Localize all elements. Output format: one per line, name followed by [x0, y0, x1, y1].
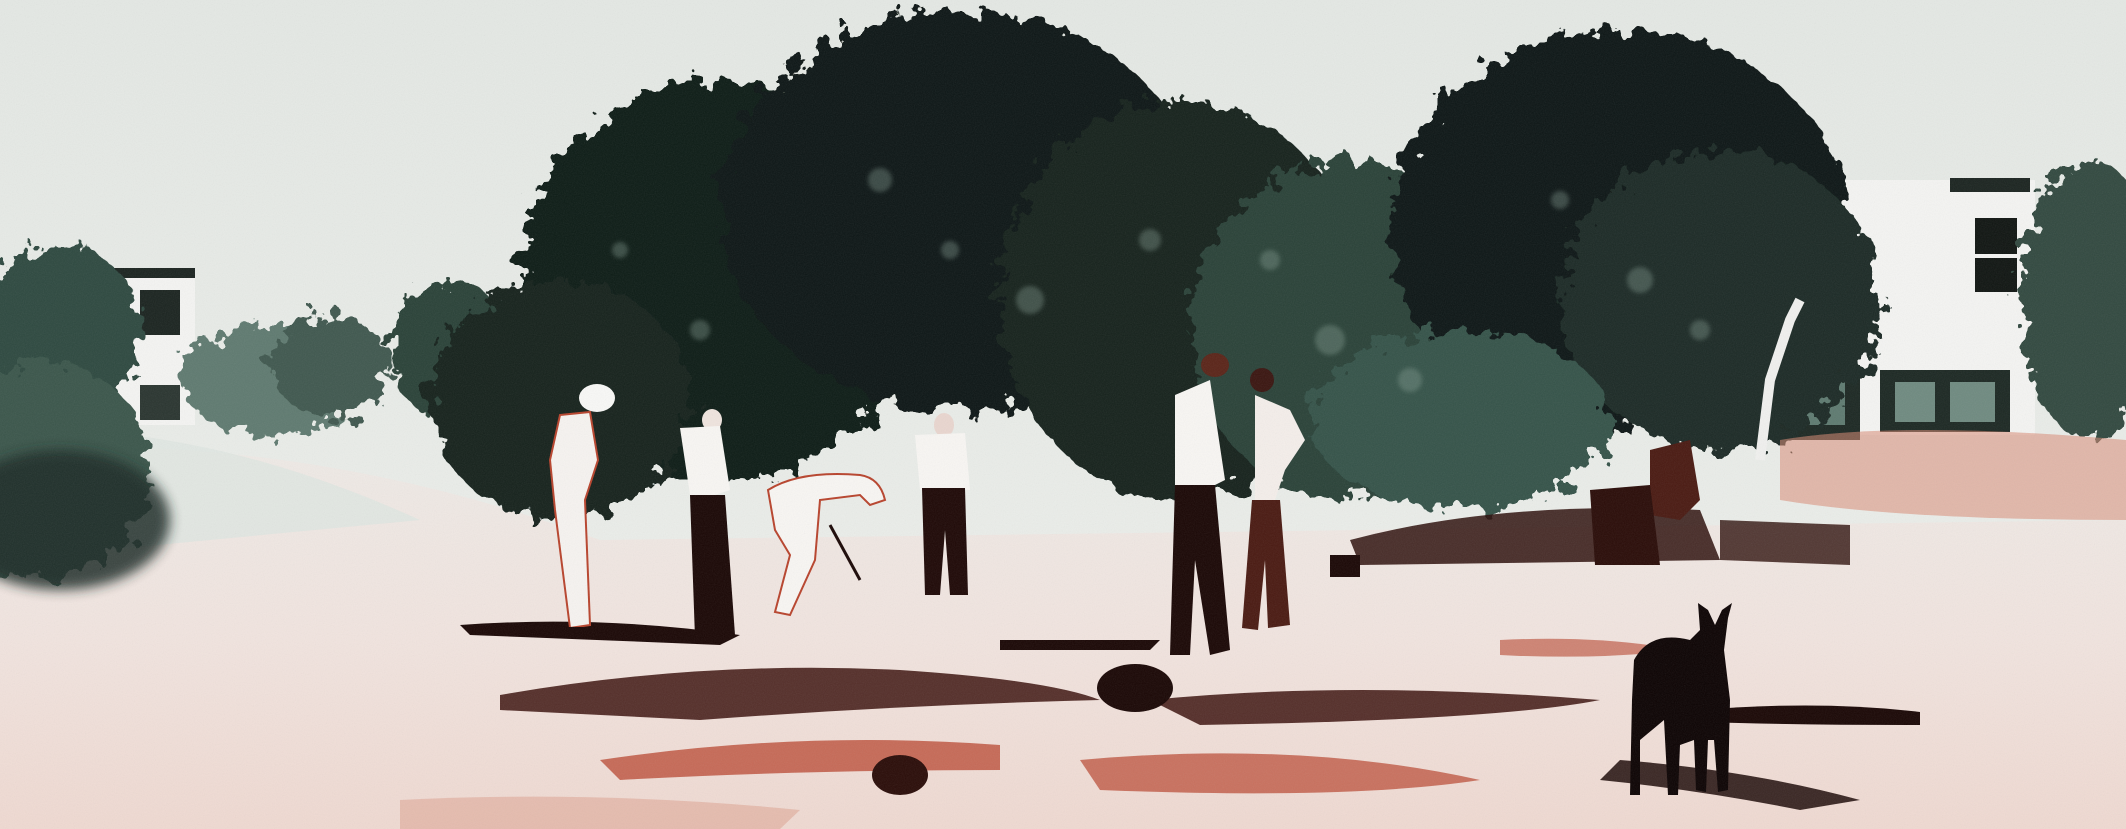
film-grain: [0, 0, 2126, 829]
photo-canvas: [0, 0, 2126, 829]
photograph: [0, 0, 2126, 829]
